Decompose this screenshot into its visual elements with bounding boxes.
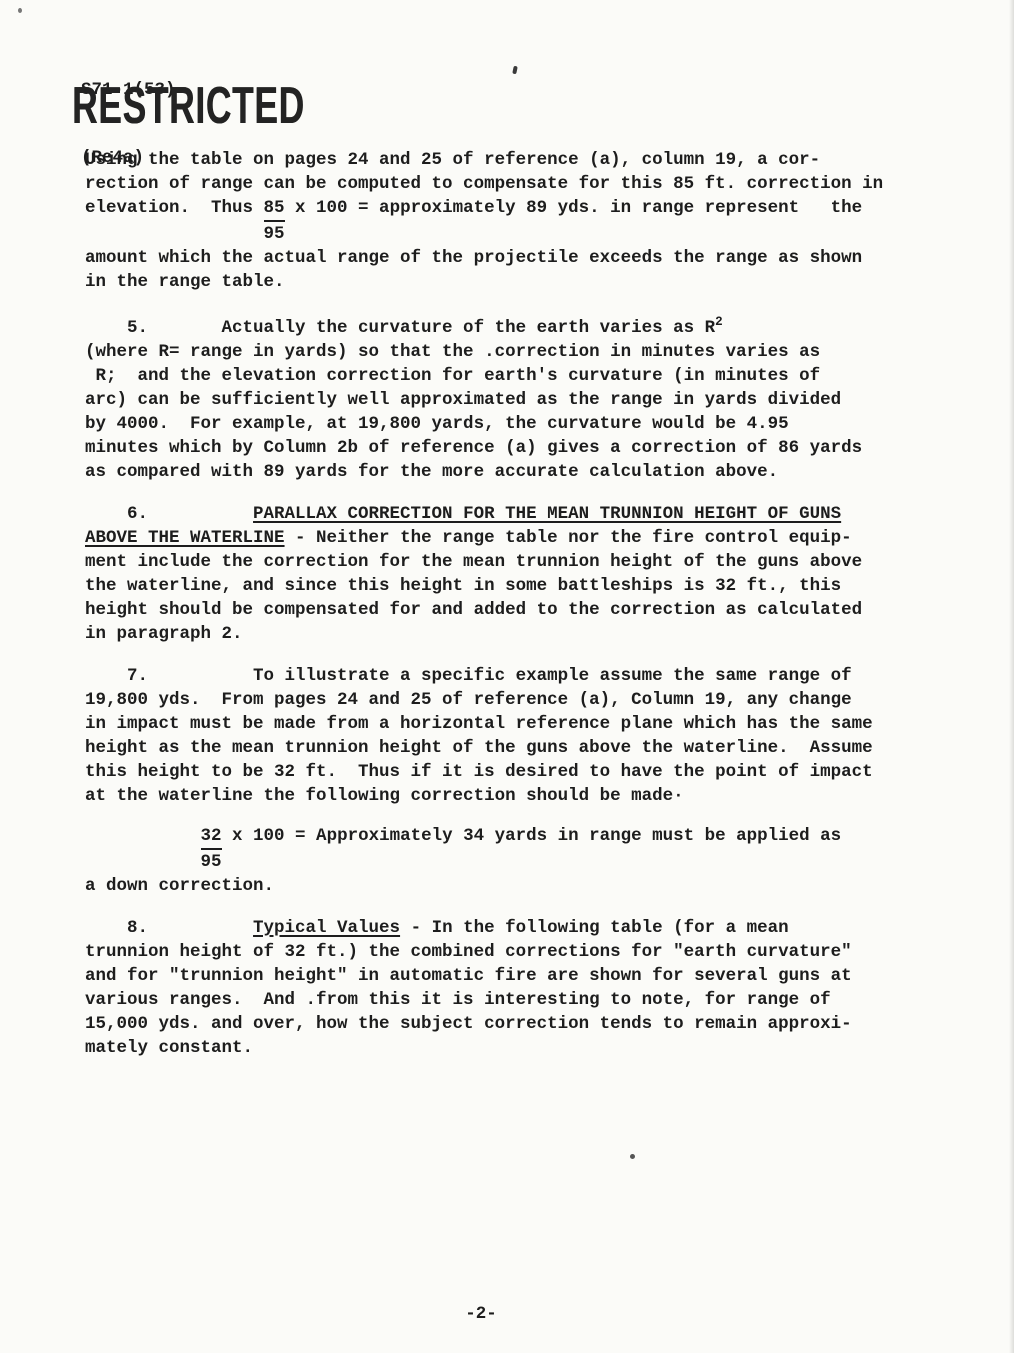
paragraph-7: 7. To illustrate a specific example assu… (85, 664, 968, 808)
scan-speck (630, 1154, 635, 1159)
text-line: in paragraph 2. (85, 622, 968, 646)
text-segment: x 100 = Approximately 34 yards in range … (222, 826, 842, 846)
text-segment: - In the following table (for a mean (400, 918, 789, 938)
text-line: height as the mean trunnion height of th… (85, 736, 968, 760)
formula-block: 3295 x 100 = Approximately 34 yards in r… (85, 824, 968, 898)
scanned-document-page: S71-1(53) (Re4a) RESTRICTED Using the ta… (0, 0, 1014, 1353)
formula-line-with-fraction: 3295 x 100 = Approximately 34 yards in r… (85, 824, 968, 874)
fraction-numerator: 85 (264, 196, 285, 222)
text-line: minutes which by Column 2b of reference … (85, 436, 968, 460)
text-line: in the range table. (85, 270, 968, 294)
text-line: in impact must be made from a horizontal… (85, 712, 968, 736)
text-line: a down correction. (85, 874, 968, 898)
text-line-with-heading: 8. Typical Values - In the following tab… (85, 916, 968, 940)
text-line: rection of range can be computed to comp… (85, 172, 968, 196)
text-line-with-heading: ABOVE THE WATERLINE - Neither the range … (85, 526, 968, 550)
text-segment (85, 824, 201, 848)
text-segment: 5. Actually the curvature of the earth v… (85, 318, 715, 338)
paragraph-8: 8. Typical Values - In the following tab… (85, 916, 968, 1060)
text-line: trunnion height of 32 ft.) the combined … (85, 940, 968, 964)
text-line: as compared with 89 yards for the more a… (85, 460, 968, 484)
text-line: R; and the elevation correction for eart… (85, 364, 968, 388)
text-line: amount which the actual range of the pro… (85, 246, 968, 270)
underlined-heading: PARALLAX CORRECTION FOR THE MEAN TRUNNIO… (253, 504, 841, 524)
text-line: Using the table on pages 24 and 25 of re… (85, 148, 968, 172)
paragraph-intro: Using the table on pages 24 and 25 of re… (85, 148, 968, 294)
fraction-85-over-95: 8595 (264, 196, 285, 246)
text-line: the waterline, and since this height in … (85, 574, 968, 598)
text-line: 15,000 yds. and over, how the subject co… (85, 1012, 968, 1036)
text-line-with-heading: 6. PARALLAX CORRECTION FOR THE MEAN TRUN… (85, 502, 968, 526)
fraction-denominator: 95 (201, 850, 222, 874)
text-line-with-superscript: 5. Actually the curvature of the earth v… (85, 316, 968, 340)
scan-edge-shadow (1009, 0, 1014, 1353)
fraction-denominator: 95 (264, 222, 285, 246)
text-segment: elevation. Thus (85, 198, 264, 218)
text-segment: x 100 = approximately 89 yds. in range r… (285, 198, 863, 218)
underlined-heading: Typical Values (253, 918, 400, 938)
fraction-32-over-95: 3295 (201, 824, 222, 874)
document-body: Using the table on pages 24 and 25 of re… (85, 148, 968, 1060)
text-segment: 8. (85, 918, 253, 938)
text-segment: 6. (85, 504, 253, 524)
text-line: ment include the correction for the mean… (85, 550, 968, 574)
text-line: (where R= range in yards) so that the .c… (85, 340, 968, 364)
text-line: 7. To illustrate a specific example assu… (85, 664, 968, 688)
text-line: arc) can be sufficiently well approximat… (85, 388, 968, 412)
underlined-heading: ABOVE THE WATERLINE (85, 528, 285, 548)
page-number: -2- (0, 1302, 962, 1326)
superscript-exponent: 2 (715, 315, 723, 329)
text-line: at the waterline the following correctio… (85, 784, 968, 808)
scan-speck (18, 8, 22, 13)
paragraph-6: 6. PARALLAX CORRECTION FOR THE MEAN TRUN… (85, 502, 968, 646)
text-segment: - Neither the range table nor the fire c… (285, 528, 852, 548)
text-line: mately constant. (85, 1036, 968, 1060)
text-line: height should be compensated for and add… (85, 598, 968, 622)
text-line: various ranges. And .from this it is int… (85, 988, 968, 1012)
scan-speck (512, 66, 518, 75)
text-line: by 4000. For example, at 19,800 yards, t… (85, 412, 968, 436)
paragraph-5: 5. Actually the curvature of the earth v… (85, 316, 968, 484)
text-line: and for "trunnion height" in automatic f… (85, 964, 968, 988)
text-line-with-fraction: elevation. Thus 8595 x 100 = approximate… (85, 196, 968, 246)
text-line: this height to be 32 ft. Thus if it is d… (85, 760, 968, 784)
fraction-numerator: 32 (201, 824, 222, 850)
restricted-stamp: RESTRICTED (72, 76, 305, 136)
text-line: 19,800 yds. From pages 24 and 25 of refe… (85, 688, 968, 712)
